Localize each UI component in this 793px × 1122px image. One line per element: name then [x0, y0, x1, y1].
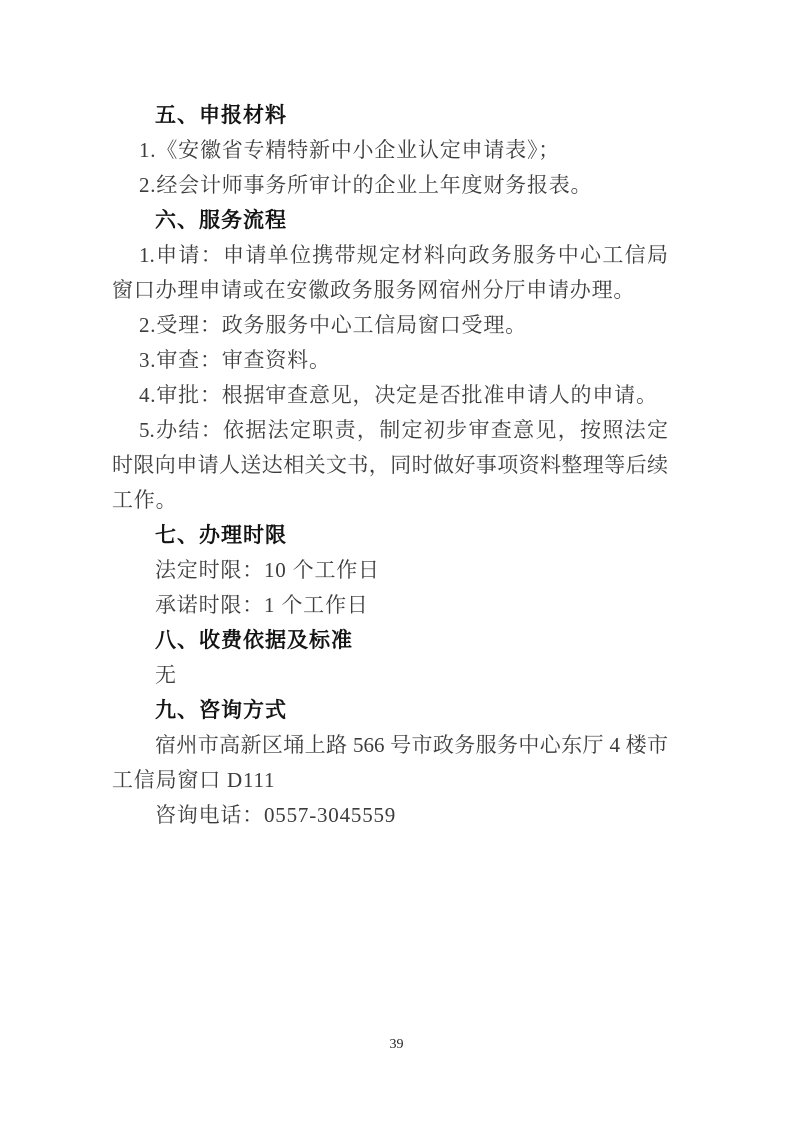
process-step-3: 3.审查：审查资料。: [112, 343, 668, 378]
process-step-5-line-1: 5.办结：依据法定职责，制定初步审查意见，按照法定: [112, 413, 668, 448]
document-body: 五、申报材料 1.《安徽省专精特新中小企业认定申请表》； 2.经会计师事务所审计…: [112, 98, 668, 833]
section-heading-consultation: 九、咨询方式: [112, 693, 668, 728]
promised-time-limit: 承诺时限：1 个工作日: [112, 588, 668, 623]
fees-none: 无: [112, 658, 668, 693]
section-heading-service-process: 六、服务流程: [112, 203, 668, 238]
section-heading-processing-time: 七、办理时限: [112, 518, 668, 553]
section-heading-fees: 八、收费依据及标准: [112, 623, 668, 658]
page-number: 39: [0, 1036, 793, 1054]
process-step-1-line-1: 1.申请：申请单位携带规定材料向政务服务中心工信局: [112, 238, 668, 273]
document-page: 五、申报材料 1.《安徽省专精特新中小企业认定申请表》； 2.经会计师事务所审计…: [0, 0, 793, 1122]
process-step-5-line-3: 工作。: [112, 483, 668, 518]
process-step-1-line-2: 窗口办理申请或在安徽政务服务网宿州分厅申请办理。: [112, 273, 668, 308]
materials-item-2: 2.经会计师事务所审计的企业上年度财务报表。: [112, 168, 668, 203]
process-step-2: 2.受理：政务服务中心工信局窗口受理。: [112, 308, 668, 343]
consultation-address-line-2: 工信局窗口 D111: [112, 763, 668, 798]
consultation-phone: 咨询电话：0557-3045559: [112, 798, 668, 833]
materials-item-1: 1.《安徽省专精特新中小企业认定申请表》；: [112, 133, 668, 168]
statutory-time-limit: 法定时限：10 个工作日: [112, 553, 668, 588]
process-step-4: 4.审批：根据审查意见，决定是否批准申请人的申请。: [112, 378, 668, 413]
process-step-5-line-2: 时限向申请人送达相关文书，同时做好事项资料整理等后续: [112, 448, 668, 483]
section-heading-application-materials: 五、申报材料: [112, 98, 668, 133]
consultation-address-line-1: 宿州市高新区埇上路 566 号市政务服务中心东厅 4 楼市: [112, 728, 668, 763]
